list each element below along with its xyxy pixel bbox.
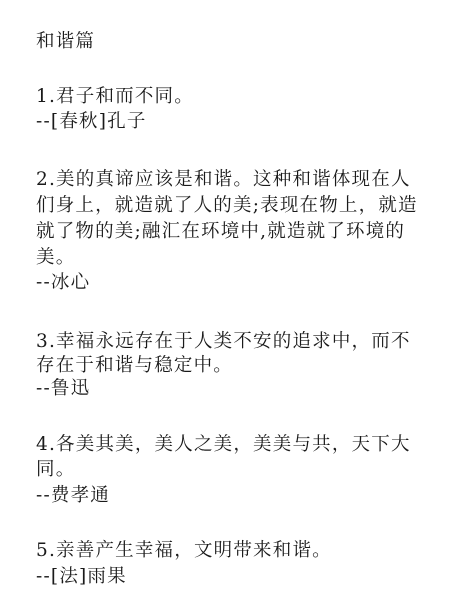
quote-text-line: 美。: [36, 246, 75, 270]
quote-text-line: 们身上，就造就了人的美;表现在物上，就造: [36, 194, 418, 218]
quote-text-line: 同。: [36, 458, 75, 482]
quote-text-line: 存在于和谐与稳定中。: [36, 354, 233, 378]
quote-text-line: 就了物的美;融汇在环境中,就造就了环境的: [36, 220, 405, 244]
quote-text-line: 3.幸福永远存在于人类不安的追求中，而不: [36, 330, 411, 354]
quote-text-line: 2.美的真谛应该是和谐。这种和谐体现在人: [36, 168, 411, 192]
document-title: 和谐篇: [36, 30, 95, 54]
quote-text-line: 5.亲善产生幸福，文明带来和谐。: [36, 539, 332, 563]
quote-author: --冰心: [36, 271, 90, 295]
quote-author: --[法]雨果: [36, 565, 127, 589]
quote-text-line: 4.各美其美，美人之美，美美与共，天下大: [36, 433, 411, 457]
quote-author: --鲁迅: [36, 377, 90, 401]
quote-author: --费孝通: [36, 484, 110, 508]
quote-author: --[春秋]孔子: [36, 110, 147, 134]
quote-text-line: 1.君子和而不同。: [36, 85, 194, 109]
